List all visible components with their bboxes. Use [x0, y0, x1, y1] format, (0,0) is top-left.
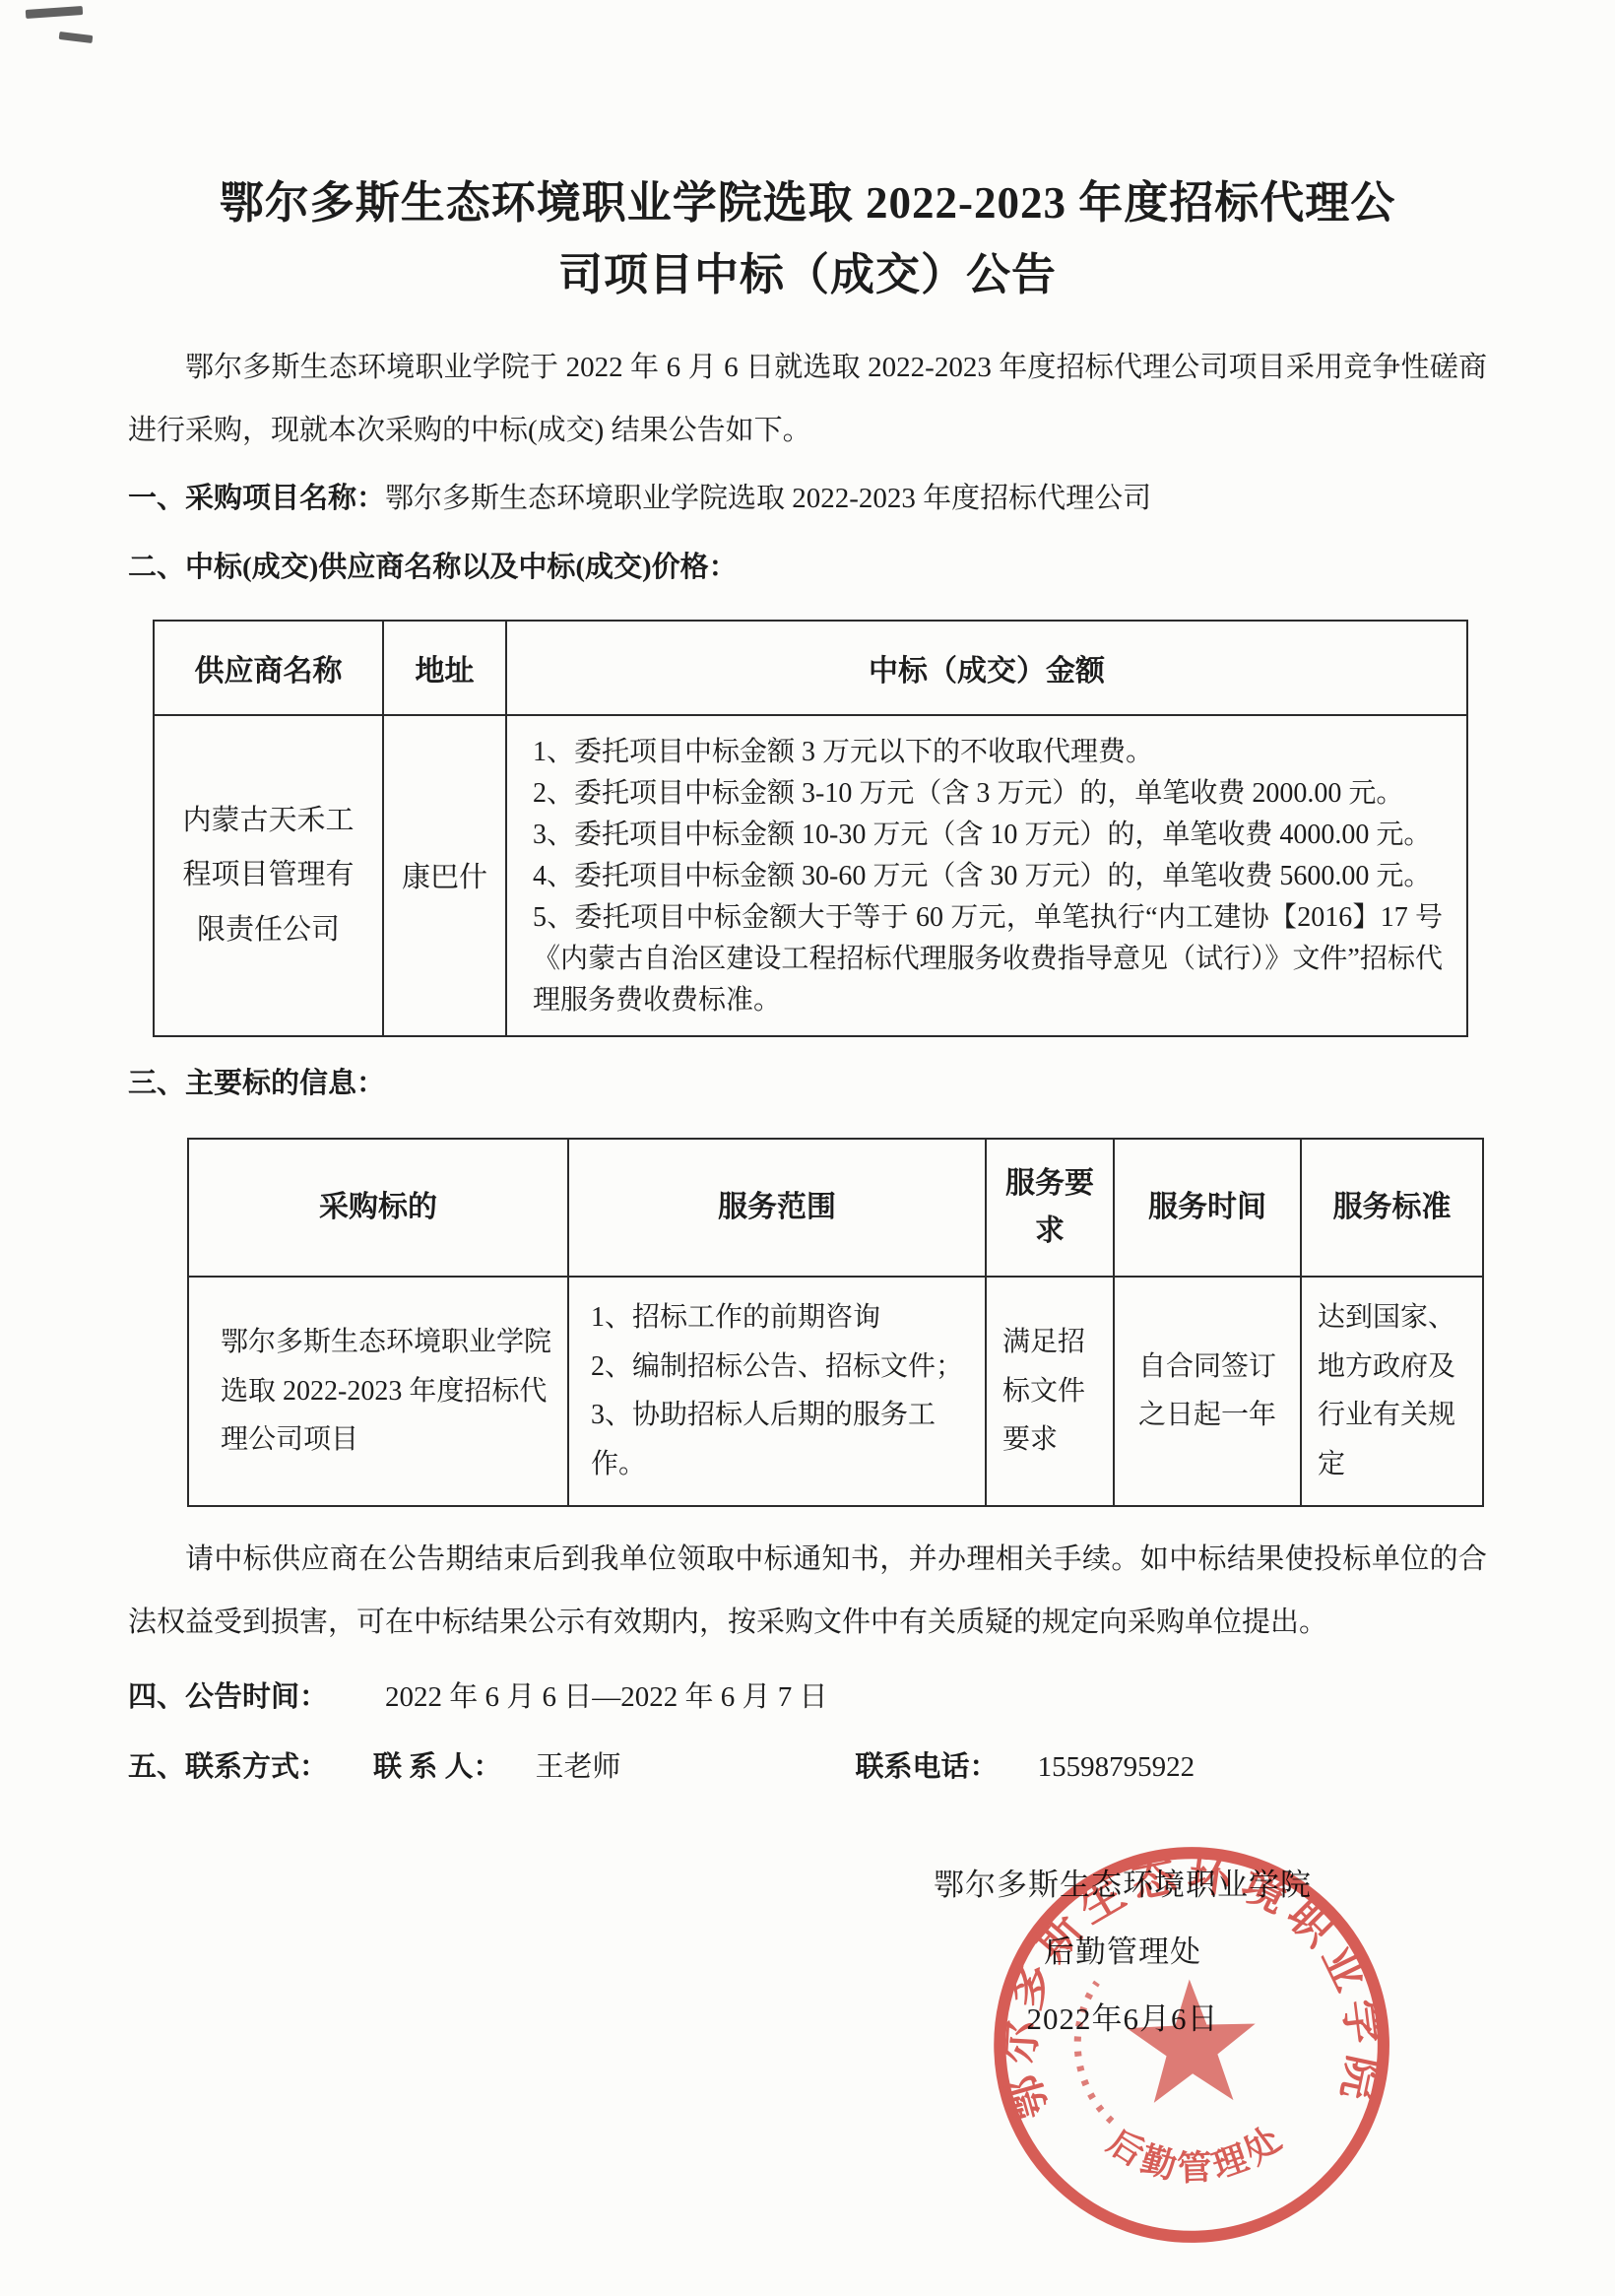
header-service-time: 服务时间: [1114, 1139, 1301, 1277]
header-bid-amount: 中标（成交）金额: [506, 621, 1467, 715]
official-seal: 鄂尔多斯生态环境职业学院 后勤管理处: [971, 1821, 1413, 2263]
title-line-1: 鄂尔多斯生态环境职业学院选取 2022-2023 年度招标代理公: [220, 178, 1396, 228]
header-service-scope: 服务范围: [568, 1139, 986, 1277]
scope-item: 3、协助招标人后期的服务工作。: [591, 1391, 969, 1489]
fee-item: 4、委托项目中标金额 30-60 万元（含 30 万元）的，单笔收费 5600.…: [533, 856, 1443, 897]
section-2-heading: 二、中标(成交)供应商名称以及中标(成交)价格：: [128, 537, 1487, 600]
fee-schedule-cell: 1、委托项目中标金额 3 万元以下的不收取代理费。 2、委托项目中标金额 3-1…: [506, 715, 1467, 1036]
table-row: 内蒙古天禾工程项目管理有限责任公司 康巴什 1、委托项目中标金额 3 万元以下的…: [154, 715, 1467, 1036]
star-icon: [1126, 1977, 1259, 2104]
section-1-label: 一、采购项目名称：: [128, 483, 385, 514]
contact-person-name: 王老师: [536, 1751, 621, 1783]
header-supplier-name: 供应商名称: [154, 621, 383, 715]
contact-phone-label: 联系电话：: [856, 1751, 999, 1783]
service-standard-cell: 达到国家、地方政府及行业有关规定: [1301, 1277, 1483, 1506]
header-address: 地址: [383, 621, 506, 715]
service-requirement-cell: 满足招标文件要求: [986, 1277, 1114, 1506]
table-header-row: 采购标的 服务范围 服务要求 服务时间 服务标准: [188, 1139, 1483, 1277]
supplier-name-cell: 内蒙古天禾工程项目管理有限责任公司: [154, 715, 383, 1036]
announcement-dates: 2022 年 6 月 6 日—2022 年 6 月 7 日: [385, 1681, 828, 1713]
intro-paragraph: 鄂尔多斯生态环境职业学院于 2022 年 6 月 6 日就选取 2022-202…: [128, 337, 1487, 463]
scope-item: 1、招标工作的前期咨询: [591, 1293, 969, 1343]
section-3-label: 三、主要标的信息：: [128, 1068, 385, 1099]
header-service-standard: 服务标准: [1301, 1139, 1483, 1277]
table-header-row: 供应商名称 地址 中标（成交）金额: [154, 621, 1467, 715]
section-2-label: 二、中标(成交)供应商名称以及中标(成交)价格：: [128, 552, 738, 583]
seal-department-text: 后勤管理处: [1100, 2117, 1294, 2192]
service-time-cell: 自合同签订之日起一年: [1114, 1277, 1301, 1506]
header-procurement-subject: 采购标的: [188, 1139, 568, 1277]
contact-phone-number: 15598795922: [1038, 1751, 1195, 1783]
title-line-2: 司项目中标（成交）公告: [558, 250, 1057, 299]
scope-item: 2、编制招标公告、招标文件；: [591, 1343, 969, 1392]
scan-artifact: [26, 6, 83, 19]
header-service-requirement: 服务要求: [986, 1139, 1114, 1277]
scan-artifact: [59, 32, 94, 43]
fee-item: 1、委托项目中标金额 3 万元以下的不收取代理费。: [533, 732, 1443, 773]
address-cell: 康巴什: [383, 715, 506, 1036]
seal-mongolian-script: [1075, 1982, 1112, 2122]
section-5-contact: 五、联系方式：联 系 人：王老师联系电话：15598795922: [128, 1737, 1487, 1800]
table-row: 鄂尔多斯生态环境职业学院选取 2022-2023 年度招标代理公司项目 1、招标…: [188, 1277, 1483, 1506]
service-scope-cell: 1、招标工作的前期咨询 2、编制招标公告、招标文件； 3、协助招标人后期的服务工…: [568, 1277, 986, 1506]
document-page: 鄂尔多斯生态环境职业学院选取 2022-2023 年度招标代理公 司项目中标（成…: [0, 0, 1615, 2296]
section-5-label: 五、联系方式：: [128, 1751, 328, 1783]
fee-item: 5、委托项目中标金额大于等于 60 万元，单笔执行“内工建协【2016】17 号…: [533, 897, 1443, 1021]
contact-person-label: 联 系 人：: [373, 1751, 502, 1783]
fee-item: 3、委托项目中标金额 10-30 万元（含 10 万元）的，单笔收费 4000.…: [533, 815, 1443, 856]
fee-item: 2、委托项目中标金额 3-10 万元（含 3 万元）的，单笔收费 2000.00…: [533, 773, 1443, 815]
subject-info-table: 采购标的 服务范围 服务要求 服务时间 服务标准 鄂尔多斯生态环境职业学院选取 …: [187, 1138, 1484, 1507]
section-1-project-name: 一、采购项目名称：鄂尔多斯生态环境职业学院选取 2022-2023 年度招标代理…: [128, 468, 1487, 531]
section-1-text: 鄂尔多斯生态环境职业学院选取 2022-2023 年度招标代理公司: [385, 483, 1151, 514]
page-title: 鄂尔多斯生态环境职业学院选取 2022-2023 年度招标代理公 司项目中标（成…: [128, 167, 1487, 311]
bid-amount-table: 供应商名称 地址 中标（成交）金额 内蒙古天禾工程项目管理有限责任公司 康巴什 …: [153, 620, 1468, 1037]
closing-paragraph: 请中标供应商在公告期结束后到我单位领取中标通知书，并办理相关手续。如中标结果使投…: [128, 1529, 1487, 1655]
section-3-heading: 三、主要标的信息：: [128, 1053, 1487, 1116]
section-4-announcement-time: 四、公告时间：2022 年 6 月 6 日—2022 年 6 月 7 日: [128, 1667, 1487, 1730]
section-4-label: 四、公告时间：: [128, 1681, 328, 1713]
procurement-subject-cell: 鄂尔多斯生态环境职业学院选取 2022-2023 年度招标代理公司项目: [188, 1277, 568, 1506]
